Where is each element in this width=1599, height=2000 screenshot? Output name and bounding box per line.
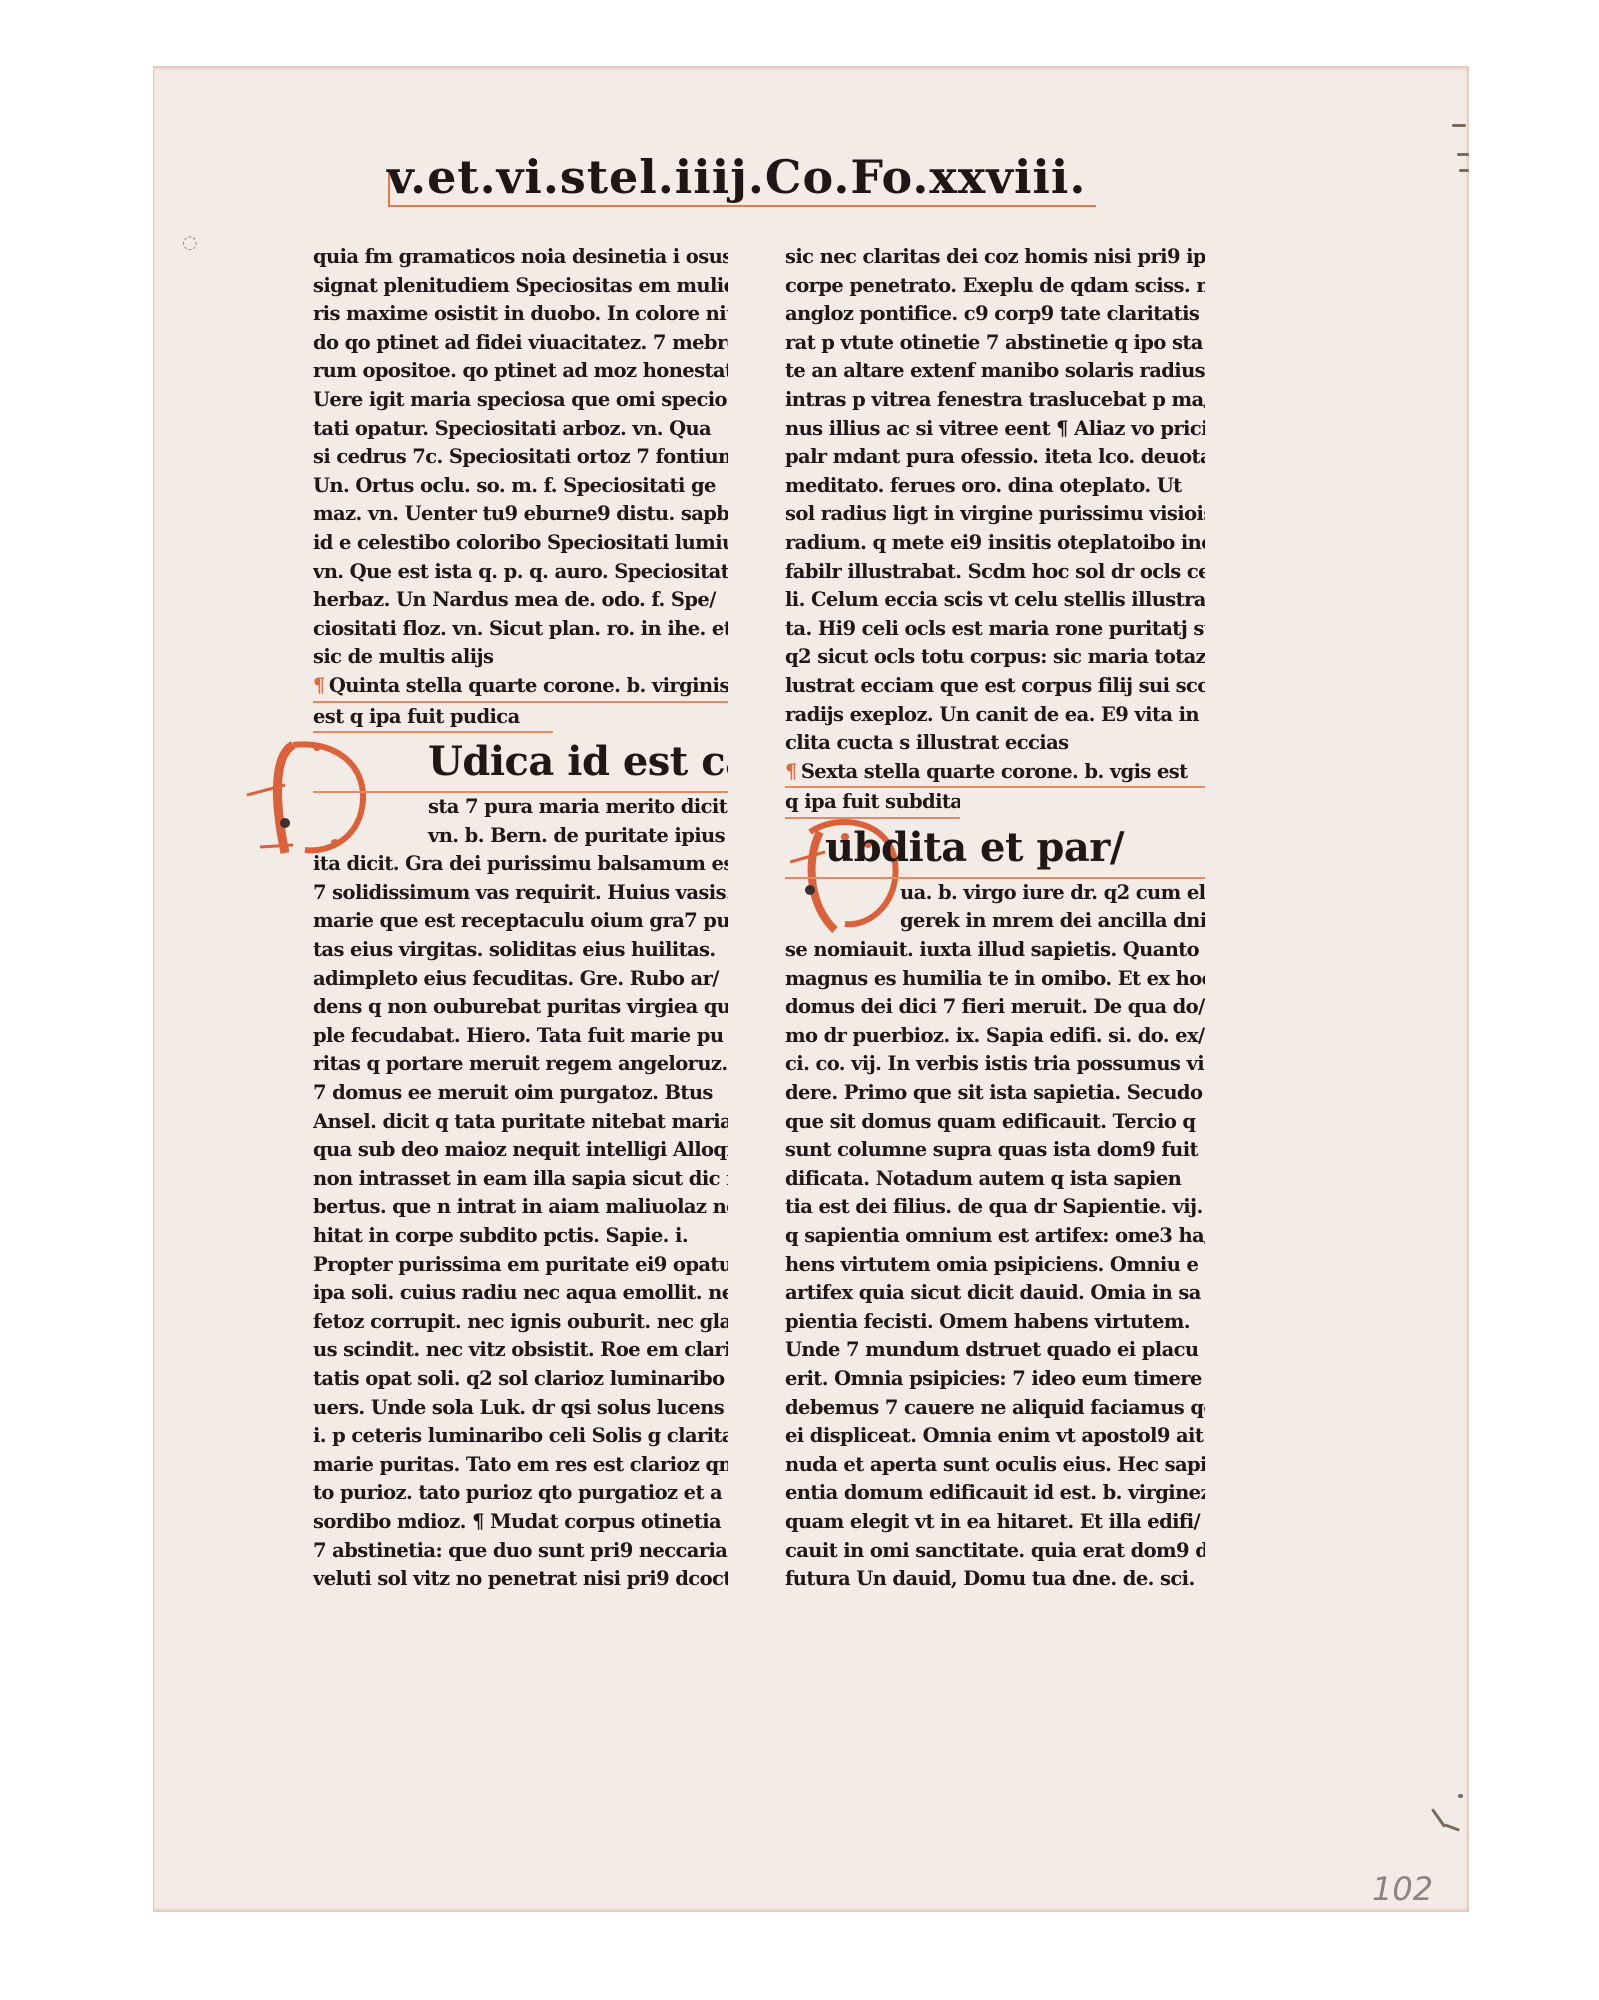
text-line: cauit in omi sanctitate. quia erat dom9 … <box>785 1537 1205 1566</box>
text-line: veluti sol vitz no penetrat nisi pri9 dc… <box>313 1565 728 1594</box>
text-line: que sit domus quam edificauit. Tercio q <box>785 1108 1205 1137</box>
paragraph-mark-icon: ¶ <box>785 760 797 783</box>
margin-mark <box>1452 124 1466 127</box>
text-line: signat plenitudiem Speciositas em mulie <box>313 272 728 301</box>
text-line: id e celestibo coloribo Speciositati lum… <box>313 529 728 558</box>
text-line: quia fm gramaticos noia desinetia i osus <box>313 243 728 272</box>
text-line: Propter purissima em puritate ei9 opatur <box>313 1251 728 1280</box>
text-line: tas eius virgitas. soliditas eius huilit… <box>313 936 728 965</box>
text-line: ua. b. virgo iure dr. q2 cum eli <box>785 879 1205 908</box>
text-line: futura Un dauid, Domu tua dne. de. sci. <box>785 1565 1205 1594</box>
rubric-heading-line: q ipa fuit subdita <box>785 788 960 819</box>
text-line: Uere igit maria speciosa que omi specios… <box>313 386 728 415</box>
text-line: bertus. que n intrat in aiam maliuolaz n… <box>313 1193 728 1222</box>
text-line: si cedrus 7c. Speciositati ortoz 7 fonti… <box>313 443 728 472</box>
rubric-heading-text: Sexta stella quarte corone. b. vgis est <box>801 760 1188 783</box>
text-line: debemus 7 cauere ne aliquid faciamus qo <box>785 1394 1205 1423</box>
text-line: artifex quia sicut dicit dauid. Omia in … <box>785 1279 1205 1308</box>
text-line: q sapientia omnium est artifex: ome3 ha/ <box>785 1222 1205 1251</box>
text-line: fetoz corrupit. nec ignis ouburit. nec g… <box>313 1308 728 1337</box>
text-line: Un. Ortus oclu. so. m. f. Speciositati g… <box>313 472 728 501</box>
text-line: sic nec claritas dei coz homis nisi pri9… <box>785 243 1205 272</box>
margin-mark <box>1457 153 1469 156</box>
text-line: tia est dei filius. de qua dr Sapientie.… <box>785 1193 1205 1222</box>
text-line: radium. q mete ei9 insitis oteplatoibo i… <box>785 529 1205 558</box>
text-line: li. Celum eccia scis vt celu stellis ill… <box>785 586 1205 615</box>
text-line: mo dr puerbioz. ix. Sapia edifi. si. do.… <box>785 1022 1205 1051</box>
text-line: ta. Hi9 celi ocls est maria rone puritat… <box>785 615 1205 644</box>
text-line: pientia fecisti. Omem habens virtutem. <box>785 1308 1205 1337</box>
text-line: herbaz. Un Nardus mea de. odo. f. Spe/ <box>313 586 728 615</box>
text-line: 7 solidissimum vas requirit. Huius vasis… <box>313 879 728 908</box>
text-line: us scindit. nec vitz obsistit. Roe em cl… <box>313 1336 728 1365</box>
text-line: gerek in mrem dei ancilla dni <box>785 907 1205 936</box>
text-line: clita cucta s illustrat eccias <box>785 729 1205 758</box>
text-line: radijs exeploz. Un canit de ea. E9 vita … <box>785 701 1205 730</box>
text-line: sta 7 pura maria merito dicit <box>313 793 728 822</box>
text-line: vn. b. Bern. de puritate ipius <box>313 822 728 851</box>
text-line: ris maxime osistit in duobo. In colore n… <box>313 300 728 329</box>
lead-text: Udica id est ca <box>313 733 728 793</box>
text-line: Unde 7 mundum dstruet quado ei placu <box>785 1336 1205 1365</box>
text-line: lustrat ecciam que est corpus filij sui … <box>785 672 1205 701</box>
text-line: ritas q portare meruit regem angeloruz. <box>313 1050 728 1079</box>
text-line: dificata. Notadum autem q ista sapien <box>785 1165 1205 1194</box>
text-line: uers. Unde sola Luk. dr qsi solus lucens <box>313 1394 728 1423</box>
text-line: te an altare extenf manibo solaris radiu… <box>785 357 1205 386</box>
lead-text: ubdita et par/ <box>785 819 1205 879</box>
text-line: rum opositoe. qo ptinet ad moz honestate <box>313 357 728 386</box>
text-line: nuda et aperta sunt oculis eius. Hec sap… <box>785 1451 1205 1480</box>
text-line: q2 sicut ocls totu corpus: sic maria tot… <box>785 643 1205 672</box>
rubric-heading-text: Quinta stella quarte corone. b. virginis <box>329 674 728 697</box>
text-line: erit. Omnia psipicies: 7 ideo eum timere <box>785 1365 1205 1394</box>
margin-mark: ◌ <box>182 232 198 253</box>
pencil-folio-number: 102 <box>1372 1870 1433 1908</box>
text-line: rat p vtute otinetie 7 abstinetie q ipo … <box>785 329 1205 358</box>
text-line: sic de multis alijs <box>313 643 728 672</box>
text-line: domus dei dici 7 fieri meruit. De qua do… <box>785 993 1205 1022</box>
text-line: i. p ceteris luminaribo celi Solis g cla… <box>313 1422 728 1451</box>
left-text-column: quia fm gramaticos noia desinetia i osus… <box>313 243 728 1594</box>
text-line: sol radius ligt in virgine purissimu vis… <box>785 500 1205 529</box>
text-line: sunt columne supra quas ista dom9 fuit e… <box>785 1136 1205 1165</box>
text-line: adimpleto eius fecuditas. Gre. Rubo ar/ <box>313 965 728 994</box>
text-line: ciositati floz. vn. Sicut plan. ro. in i… <box>313 615 728 644</box>
text-line: angloz pontifice. c9 corp9 tate claritat… <box>785 300 1205 329</box>
text-line: maz. vn. Uenter tu9 eburne9 distu. sapbi… <box>313 500 728 529</box>
text-line: 7 abstinetia: que duo sunt pri9 neccaria… <box>313 1537 728 1566</box>
text-line: fabilr illustrabat. Scdm hoc sol dr ocls… <box>785 558 1205 587</box>
text-line: vn. Que est ista q. p. q. auro. Speciosi… <box>313 558 728 587</box>
text-line: tatis opat soli. q2 sol clarioz luminari… <box>313 1365 728 1394</box>
text-line: nus illius ac si vitree eent ¶ Aliaz vo … <box>785 415 1205 444</box>
rubric-heading-line: ¶Sexta stella quarte corone. b. vgis est <box>785 758 1205 789</box>
text-line: ipa soli. cuius radiu nec aqua emollit. … <box>313 1279 728 1308</box>
text-line: do qo ptinet ad fidei viuacitatez. 7 meb… <box>313 329 728 358</box>
text-line: hens virtutem omia psipiciens. Omniu e <box>785 1251 1205 1280</box>
text-line: intras p vitrea fenestra traslucebat p m… <box>785 386 1205 415</box>
margin-mark <box>1458 1794 1463 1798</box>
text-line: hitat in corpe subdito pctis. Sapie. i. <box>313 1222 728 1251</box>
text-line: marie que est receptaculu oium gra7 puri <box>313 907 728 936</box>
text-line: ei displiceat. Omnia enim vt apostol9 ai… <box>785 1422 1205 1451</box>
text-line: non intrasset in eam illa sapia sicut di… <box>313 1165 728 1194</box>
paragraph-mark-icon: ¶ <box>313 674 325 697</box>
text-line: se nomiauit. iuxta illud sapietis. Quant… <box>785 936 1205 965</box>
text-line: Ansel. dicit q tata puritate nitebat mar… <box>313 1108 728 1137</box>
text-line: to purioz. tato purioz qto purgatioz et … <box>313 1479 728 1508</box>
text-line: quam elegit vt in ea hitaret. Et illa ed… <box>785 1508 1205 1537</box>
text-line: ple fecudabat. Hiero. Tata fuit marie pu <box>313 1022 728 1051</box>
text-line: ci. co. vij. In verbis istis tria possum… <box>785 1050 1205 1079</box>
text-line: meditato. ferues oro. dina oteplato. Ut <box>785 472 1205 501</box>
rubric-heading-line: ¶Quinta stella quarte corone. b. virgini… <box>313 672 728 703</box>
text-line: corpe penetrato. Exeplu de qdam sciss. m… <box>785 272 1205 301</box>
text-line: tati opatur. Speciositati arboz. vn. Qua <box>313 415 728 444</box>
right-text-column: sic nec claritas dei coz homis nisi pri9… <box>785 243 1205 1594</box>
text-line: 7 domus ee meruit oim purgatoz. Btus <box>313 1079 728 1108</box>
text-line: qua sub deo maioz nequit intelligi Alloq… <box>313 1136 728 1165</box>
header-rubric-underline <box>388 205 1096 207</box>
text-line: magnus es humilia te in omibo. Et ex hoc <box>785 965 1205 994</box>
text-line: dere. Primo que sit ista sapietia. Secud… <box>785 1079 1205 1108</box>
margin-mark <box>1459 169 1469 172</box>
text-line: sordibo mdioz. ¶ Mudat corpus otinetia <box>313 1508 728 1537</box>
rubric-heading-line: est q ipa fuit pudica <box>313 703 553 734</box>
text-line: entia domum edificauit id est. b. virgin… <box>785 1479 1205 1508</box>
text-line: marie puritas. Tato em res est clarioz q… <box>313 1451 728 1480</box>
text-line: dens q non ouburebat puritas virgiea que <box>313 993 728 1022</box>
running-header: v.et.vi.stel.iiij.Co.Fo.xxviii. <box>387 150 1086 210</box>
text-line: ita dicit. Gra dei purissimu balsamum es… <box>313 850 728 879</box>
text-line: palr mdant pura ofessio. iteta lco. deuo… <box>785 443 1205 472</box>
